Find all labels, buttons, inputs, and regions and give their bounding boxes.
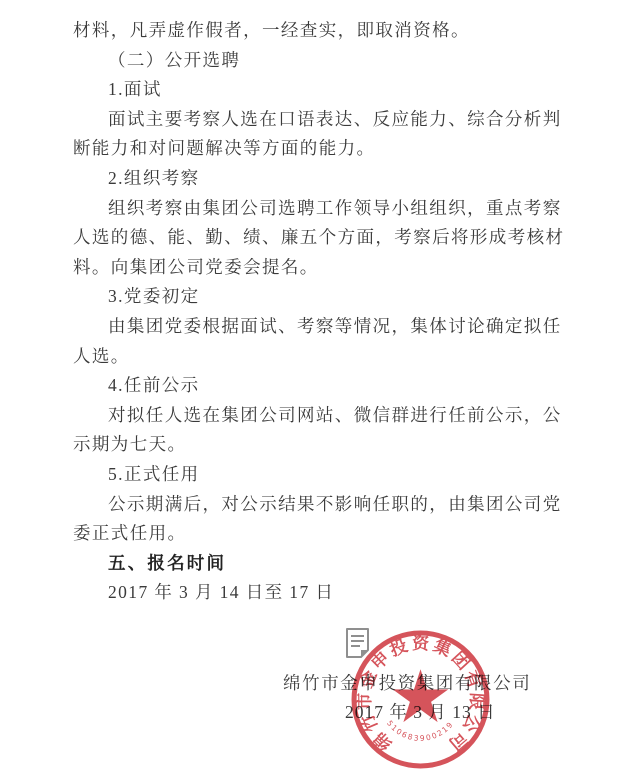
text-line: 4.任前公示 — [73, 371, 555, 401]
text-line: 材料，凡弄虚作假者，一经查实，即取消资格。 — [73, 16, 555, 46]
text-line: 示期为七天。 — [73, 430, 555, 460]
text-line: 人选的德、能、勤、绩、廉五个方面，考察后将形成考核材 — [73, 223, 555, 253]
text-line: 断能力和对问题解决等方面的能力。 — [73, 134, 555, 164]
text-line: 料。向集团公司党委会提名。 — [73, 253, 555, 283]
text-line: 由集团党委根据面试、考察等情况，集体讨论确定拟任 — [73, 312, 555, 342]
text-line: 3.党委初定 — [73, 282, 555, 312]
text-line: 1.面试 — [73, 75, 555, 105]
text-line: 2.组织考察 — [73, 164, 555, 194]
text-line: 人选。 — [73, 342, 555, 372]
text-line: 2017 年 3 月 14 日至 17 日 — [73, 578, 555, 608]
star-icon — [393, 669, 449, 722]
text-line: 委正式任用。 — [73, 519, 555, 549]
document-body: 材料，凡弄虚作假者，一经查实，即取消资格。（二）公开选聘1.面试面试主要考察人选… — [73, 16, 555, 608]
text-line: 组织考察由集团公司选聘工作领导小组组织，重点考察 — [73, 194, 555, 224]
text-line: （二）公开选聘 — [73, 46, 555, 76]
text-line: 对拟任人选在集团公司网站、微信群进行任前公示，公 — [73, 401, 555, 431]
text-line: 5.正式任用 — [73, 460, 555, 490]
note-icon — [344, 626, 372, 660]
text-line: 五、报名时间 — [73, 549, 555, 579]
document-page: 材料，凡弄虚作假者，一经查实，即取消资格。（二）公开选聘1.面试面试主要考察人选… — [0, 0, 617, 773]
text-line: 公示期满后，对公示结果不影响任职的，由集团公司党 — [73, 490, 555, 520]
text-line: 面试主要考察人选在口语表达、反应能力、综合分析判 — [73, 105, 555, 135]
